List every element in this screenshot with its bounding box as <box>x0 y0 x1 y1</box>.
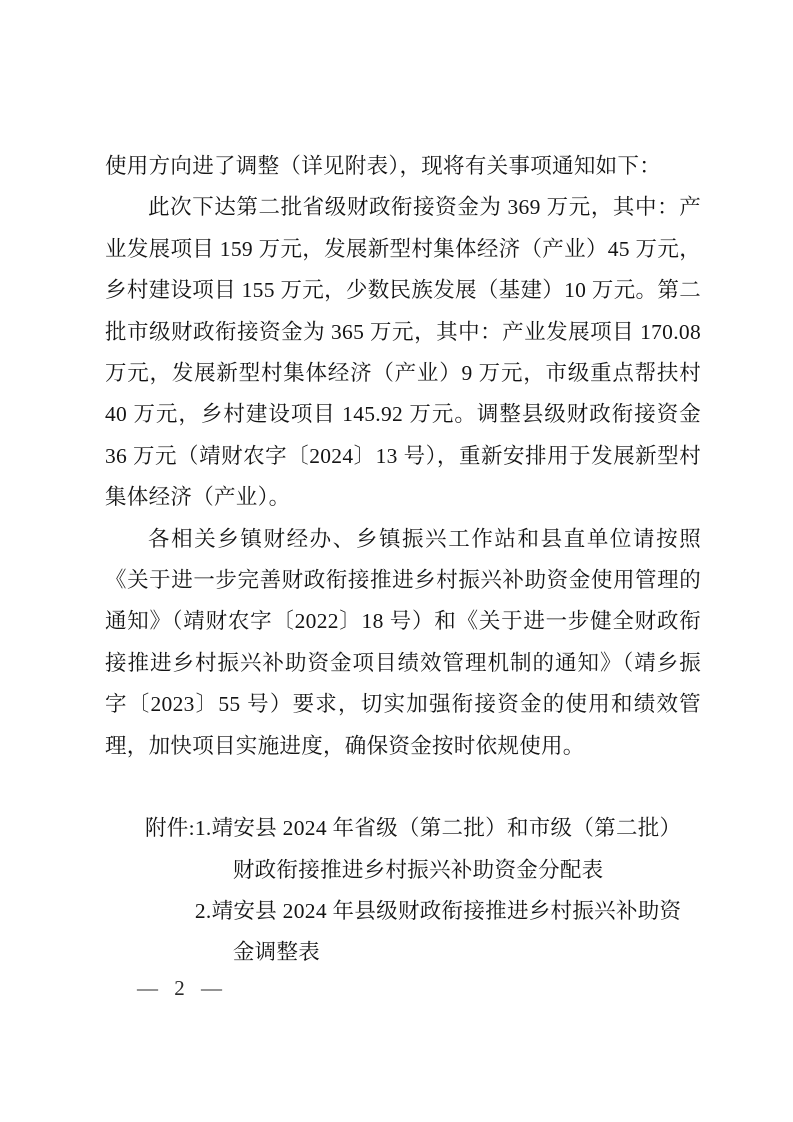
body-paragraph-continuation: 使用方向进了调整（详见附表），现将有关事项通知如下： <box>105 146 701 187</box>
attachments-block: 附件: 1.靖安县 2024 年省级（第二批）和市级（第二批）财政衔接推进乡村振… <box>105 808 701 974</box>
page-number: — 2 — <box>137 976 223 1000</box>
attachment-item-2: 2.靖安县 2024 年县级财政衔接推进乡村振兴补助资金调整表 <box>195 891 701 974</box>
document-page: 使用方向进了调整（详见附表），现将有关事项通知如下： 此次下达第二批省级财政衔接… <box>0 0 793 1122</box>
attachments-list: 1.靖安县 2024 年省级（第二批）和市级（第二批）财政衔接推进乡村振兴补助资… <box>195 808 701 974</box>
document-body: 使用方向进了调整（详见附表），现将有关事项通知如下： 此次下达第二批省级财政衔接… <box>105 146 701 974</box>
body-paragraph-funds-allocation: 此次下达第二批省级财政衔接资金为 369 万元，其中：产业发展项目 159 万元… <box>105 187 701 518</box>
attachments-label: 附件: <box>145 808 195 849</box>
attachment-item-1: 1.靖安县 2024 年省级（第二批）和市级（第二批）财政衔接推进乡村振兴补助资… <box>195 808 701 891</box>
body-paragraph-requirements: 各相关乡镇财经办、乡镇振兴工作站和县直单位请按照《关于进一步完善财政衔接推进乡村… <box>105 519 701 767</box>
